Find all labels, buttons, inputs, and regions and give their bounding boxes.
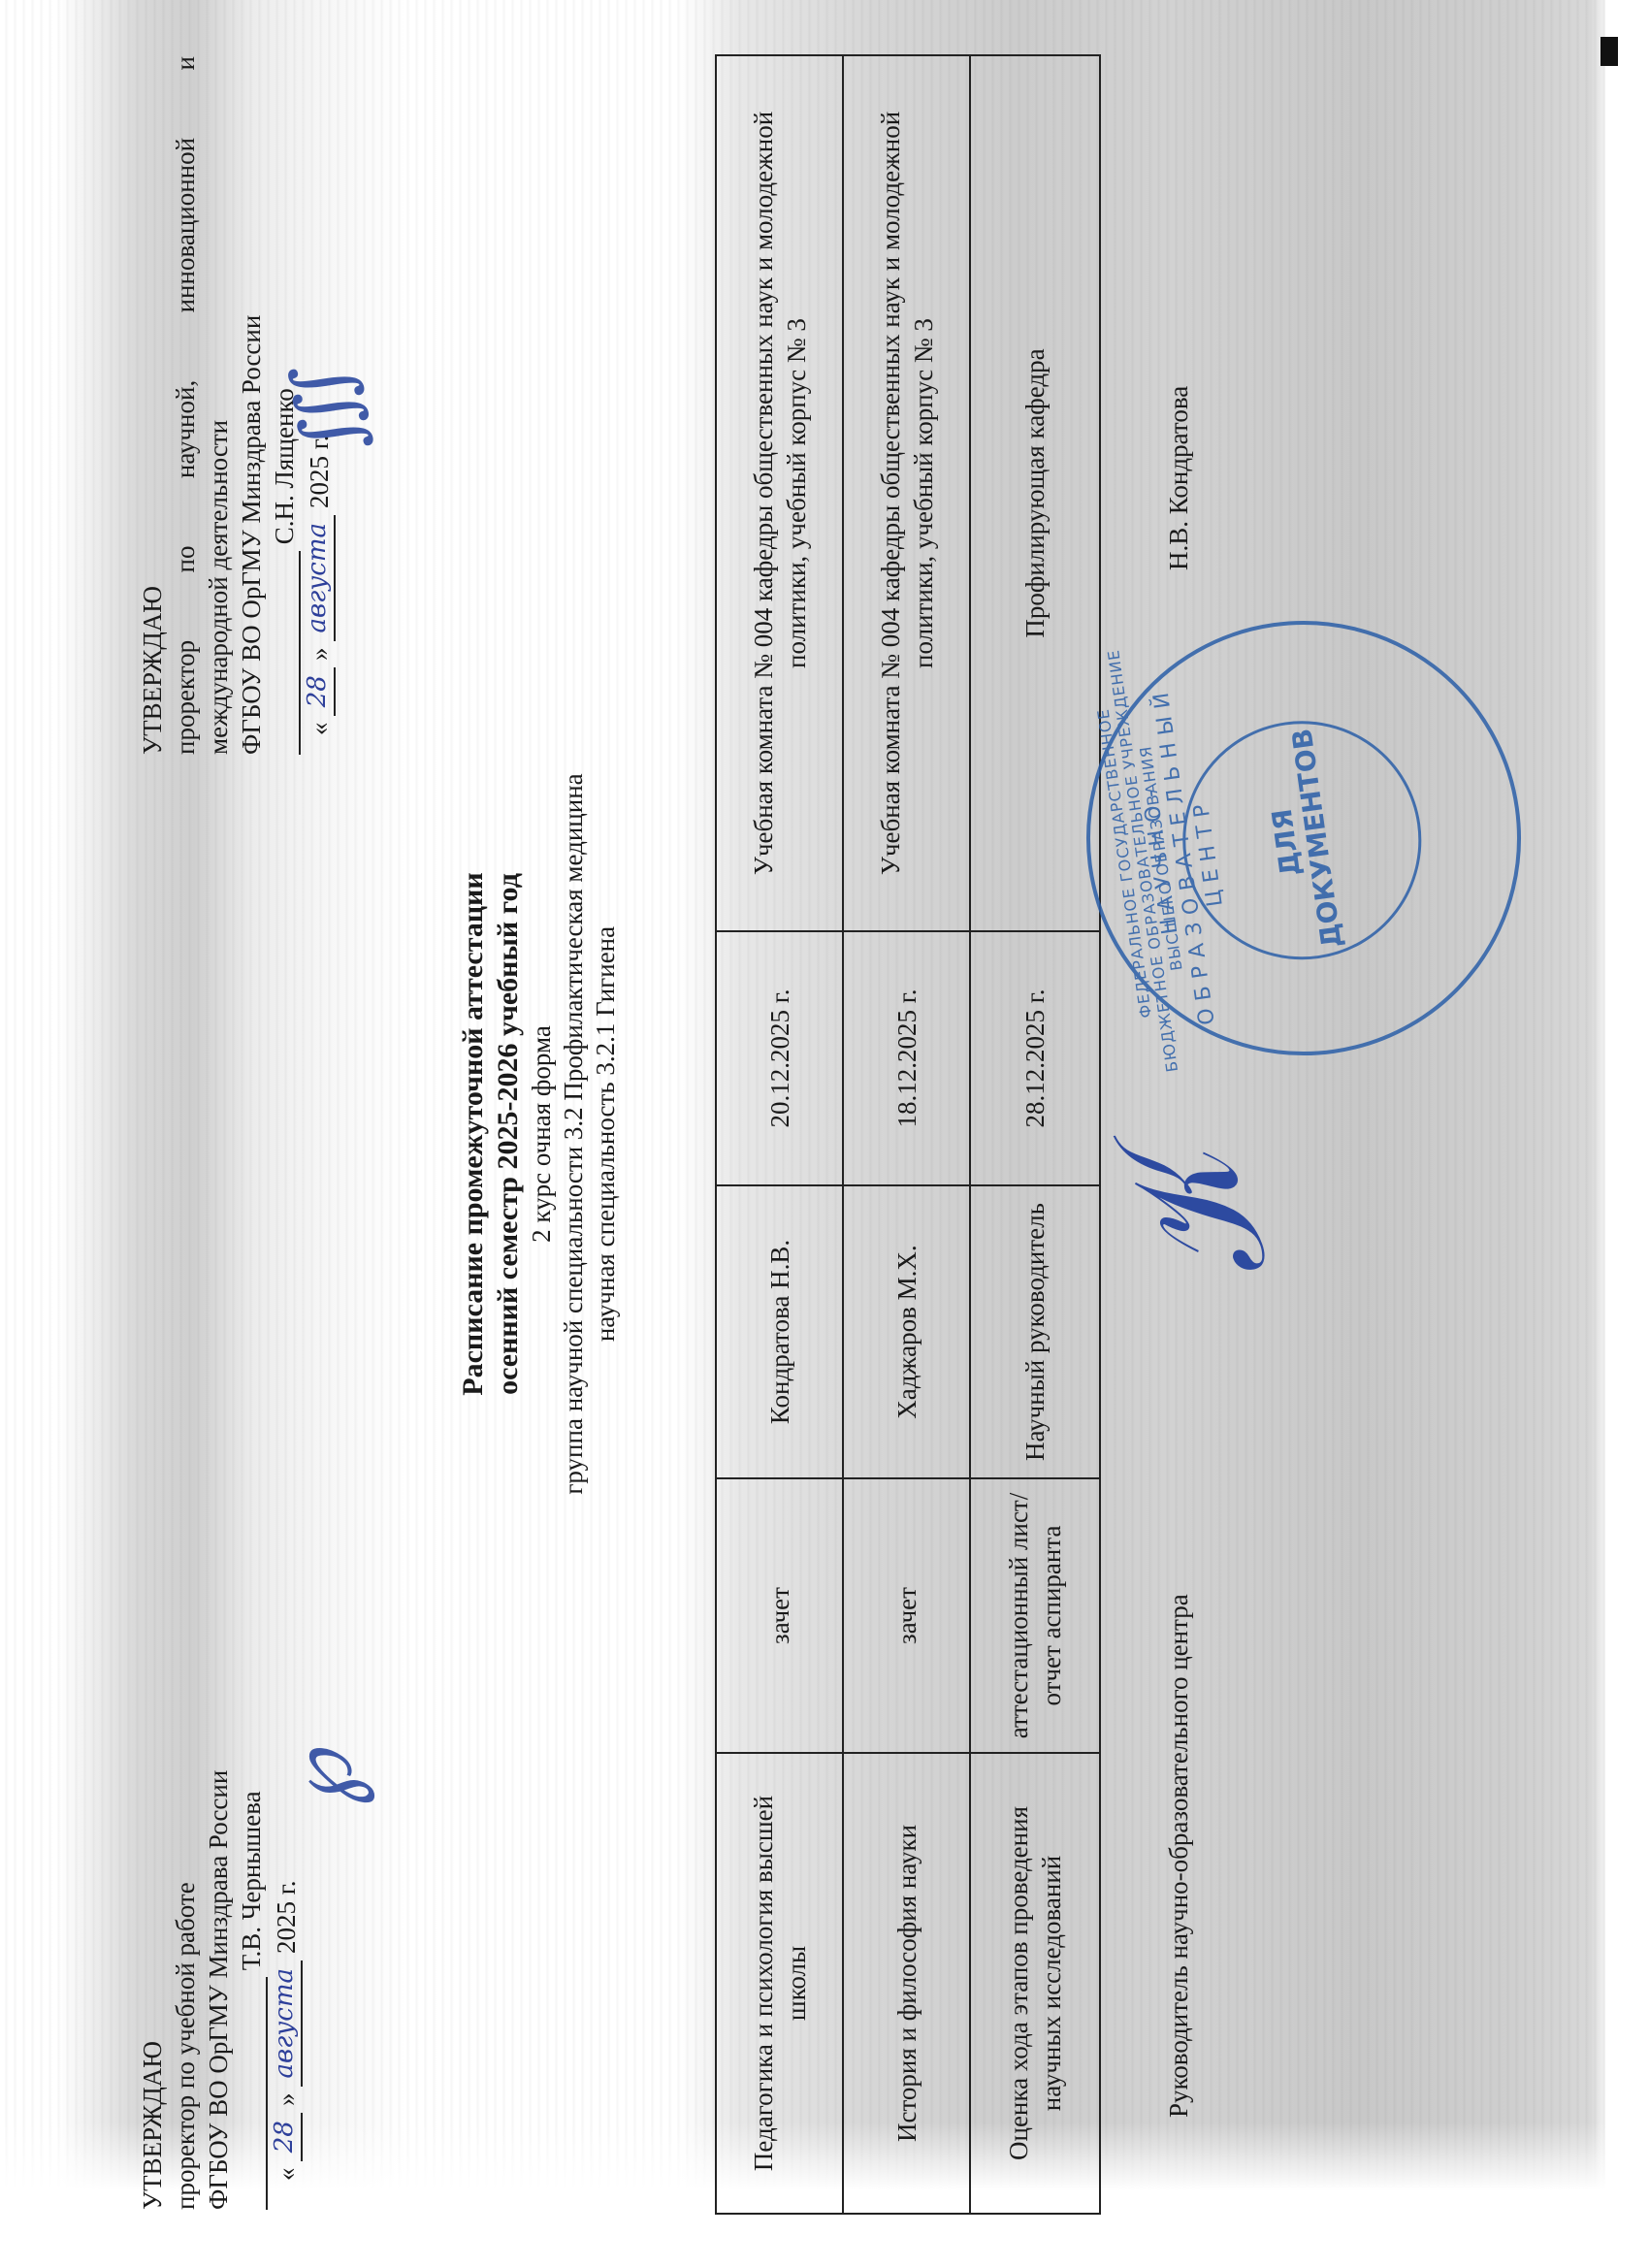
date-year: 2025 г.	[272, 1880, 301, 1954]
cell-form: зачет	[843, 1478, 970, 1753]
table-row: История и философия науки зачет Хаджаров…	[843, 55, 970, 2214]
handwritten-signature-footer: 𝒦	[1098, 1128, 1306, 1313]
approval-position: проректор по учебной работе	[169, 1337, 202, 2210]
date-day: 28	[268, 2113, 303, 2161]
cell-form: аттестационный лист/ отчет аспиранта	[970, 1478, 1100, 1753]
cell-location: Учебная комната № 004 кафедры общественн…	[843, 55, 970, 931]
document-title: Расписание промежуточной аттестации осен…	[456, 0, 622, 2268]
title-line-4: группа научной специальности 3.2 Профила…	[558, 0, 590, 2268]
approval-organization: ФГБОУ ВО ОрГМУ Минздрава России	[235, 56, 268, 755]
approval-organization: ФГБОУ ВО ОрГМУ Минздрава России	[202, 1337, 235, 2210]
schedule-table: Педагогика и психология высшей школы зач…	[715, 54, 1101, 2215]
approval-position-line2: международной деятельности	[202, 56, 235, 755]
table-row: Педагогика и психология высшей школы зач…	[716, 55, 843, 2214]
cell-date: 20.12.2025 г.	[716, 931, 843, 1185]
official-stamp: ФЕДЕРАЛЬНОЕ ГОСУДАРСТВЕННОЕ БЮДЖЕТНОЕ ОБ…	[1058, 593, 1549, 1084]
footer-signatory: Н.В. Кондратова	[1164, 386, 1194, 570]
cell-form: зачет	[716, 1478, 843, 1753]
cell-date: 18.12.2025 г.	[843, 931, 970, 1185]
document-page: УТВЕРЖДАЮ проректор по учебной работе ФГ…	[0, 0, 1649, 2268]
scan-corner-mark	[1600, 37, 1618, 66]
date-day: 28	[301, 667, 336, 716]
cell-location: Профилирующая кафедра	[970, 55, 1100, 931]
approval-position-line1: проректор по научной, инновационной и	[169, 56, 202, 755]
title-line-3: 2 курс очная форма	[526, 0, 558, 2268]
title-line-1: Расписание промежуточной аттестации	[456, 0, 491, 2268]
date-month: августа	[268, 1960, 303, 2087]
handwritten-signature-right: ∭	[274, 355, 378, 461]
cell-discipline: Педагогика и психология высшей школы	[716, 1753, 843, 2214]
scan-edge	[1605, 0, 1649, 2268]
title-line-2: осенний семестр 2025-2026 учебный год	[491, 0, 526, 2268]
date-month: августа	[301, 515, 336, 641]
cell-discipline: История и философия науки	[843, 1753, 970, 2214]
table-row: Оценка хода этапов проведения научных ис…	[970, 55, 1100, 2214]
title-line-5: научная специальность 3.2.1 Гигиена	[590, 0, 622, 2268]
cell-date: 28.12.2025 г.	[970, 931, 1100, 1185]
approval-signatory: Т.В. Чернышева	[237, 1791, 266, 1970]
cell-discipline: Оценка хода этапов проведения научных ис…	[970, 1753, 1100, 2214]
footer-position: Руководитель научно-образовательного цен…	[1164, 1594, 1194, 2118]
cell-location: Учебная комната № 004 кафедры общественн…	[716, 55, 843, 931]
cell-examiner: Научный руководитель	[970, 1185, 1100, 1478]
cell-examiner: Хаджаров М.Х.	[843, 1185, 970, 1478]
approval-heading: УТВЕРЖДАЮ	[136, 1337, 169, 2210]
cell-examiner: Кондратова Н.В.	[716, 1185, 843, 1478]
approval-heading: УТВЕРЖДАЮ	[136, 56, 169, 755]
